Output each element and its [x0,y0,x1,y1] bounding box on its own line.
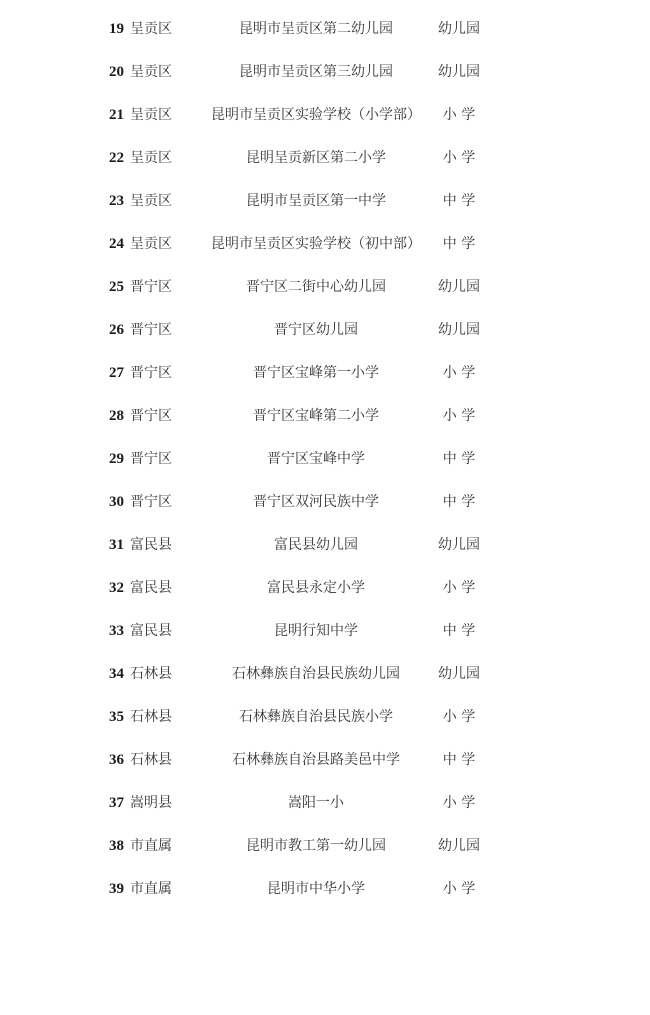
district-cell: 晋宁区 [130,321,172,339]
row-number: 22 [98,149,124,167]
school-name-cell: 昆明市教工第一幼儿园 [186,837,446,855]
school-type-cell: 幼儿园 [420,321,498,339]
table-row: 39 市直属 昆明市中华小学 小 学 [0,867,650,910]
table-row: 26 晋宁区 晋宁区幼儿园 幼儿园 [0,308,650,351]
school-type-cell: 中 学 [420,192,498,210]
district-cell: 呈贡区 [130,106,172,124]
district-cell: 石林县 [130,751,172,769]
district-cell: 晋宁区 [130,278,172,296]
school-name-cell: 昆明呈贡新区第二小学 [186,149,446,167]
school-name-cell: 昆明市呈贡区实验学校（初中部） [186,235,446,253]
school-name-cell: 晋宁区宝峰第一小学 [186,364,446,382]
school-name-cell: 昆明市呈贡区第二幼儿园 [186,20,446,38]
table-row: 24 呈贡区 昆明市呈贡区实验学校（初中部） 中 学 [0,222,650,265]
school-type-cell: 中 学 [420,493,498,511]
school-type-cell: 小 学 [420,708,498,726]
table-row: 32 富民县 富民县永定小学 小 学 [0,566,650,609]
school-type-cell: 中 学 [420,235,498,253]
table-row: 22 呈贡区 昆明呈贡新区第二小学 小 学 [0,136,650,179]
school-name-cell: 晋宁区双河民族中学 [186,493,446,511]
school-type-cell: 幼儿园 [420,837,498,855]
row-number: 28 [98,407,124,425]
district-cell: 市直属 [130,880,172,898]
district-cell: 呈贡区 [130,192,172,210]
table-row: 25 晋宁区 晋宁区二街中心幼儿园 幼儿园 [0,265,650,308]
row-number: 38 [98,837,124,855]
district-cell: 呈贡区 [130,63,172,81]
school-type-cell: 小 学 [420,407,498,425]
district-cell: 富民县 [130,579,172,597]
school-name-cell: 昆明市呈贡区第三幼儿园 [186,63,446,81]
school-type-cell: 中 学 [420,751,498,769]
school-name-cell: 富民县幼儿园 [186,536,446,554]
table-row: 38 市直属 昆明市教工第一幼儿园 幼儿园 [0,824,650,867]
table-row: 20 呈贡区 昆明市呈贡区第三幼儿园 幼儿园 [0,50,650,93]
row-number: 19 [98,20,124,38]
table-row: 34 石林县 石林彝族自治县民族幼儿园 幼儿园 [0,652,650,695]
table-row: 37 嵩明县 嵩阳一小 小 学 [0,781,650,824]
school-name-cell: 昆明市呈贡区实验学校（小学部） [186,106,446,124]
row-number: 21 [98,106,124,124]
row-number: 39 [98,880,124,898]
table-row: 33 富民县 昆明行知中学 中 学 [0,609,650,652]
school-name-cell: 昆明市呈贡区第一中学 [186,192,446,210]
district-cell: 晋宁区 [130,450,172,468]
school-name-cell: 昆明行知中学 [186,622,446,640]
row-number: 34 [98,665,124,683]
school-type-cell: 小 学 [420,794,498,812]
table-row: 29 晋宁区 晋宁区宝峰中学 中 学 [0,437,650,480]
school-type-cell: 小 学 [420,364,498,382]
school-type-cell: 幼儿园 [420,278,498,296]
district-cell: 富民县 [130,622,172,640]
school-name-cell: 石林彝族自治县民族小学 [186,708,446,726]
row-number: 35 [98,708,124,726]
school-type-cell: 小 学 [420,579,498,597]
table-row: 27 晋宁区 晋宁区宝峰第一小学 小 学 [0,351,650,394]
school-type-cell: 幼儿园 [420,20,498,38]
school-name-cell: 富民县永定小学 [186,579,446,597]
row-number: 25 [98,278,124,296]
row-number: 27 [98,364,124,382]
school-name-cell: 昆明市中华小学 [186,880,446,898]
row-number: 24 [98,235,124,253]
district-cell: 石林县 [130,708,172,726]
district-cell: 市直属 [130,837,172,855]
district-cell: 晋宁区 [130,493,172,511]
row-number: 26 [98,321,124,339]
school-type-cell: 中 学 [420,450,498,468]
school-type-cell: 小 学 [420,106,498,124]
school-name-cell: 晋宁区宝峰第二小学 [186,407,446,425]
district-cell: 石林县 [130,665,172,683]
row-number: 20 [98,63,124,81]
row-number: 23 [98,192,124,210]
table-row: 23 呈贡区 昆明市呈贡区第一中学 中 学 [0,179,650,222]
row-number: 31 [98,536,124,554]
row-number: 36 [98,751,124,769]
district-cell: 晋宁区 [130,364,172,382]
district-cell: 富民县 [130,536,172,554]
school-type-cell: 幼儿园 [420,665,498,683]
school-name-cell: 晋宁区二街中心幼儿园 [186,278,446,296]
school-name-cell: 嵩阳一小 [186,794,446,812]
row-number: 29 [98,450,124,468]
school-type-cell: 小 学 [420,149,498,167]
school-name-cell: 石林彝族自治县民族幼儿园 [186,665,446,683]
table-row: 21 呈贡区 昆明市呈贡区实验学校（小学部） 小 学 [0,93,650,136]
table-row: 30 晋宁区 晋宁区双河民族中学 中 学 [0,480,650,523]
table-row: 28 晋宁区 晋宁区宝峰第二小学 小 学 [0,394,650,437]
district-cell: 晋宁区 [130,407,172,425]
row-number: 37 [98,794,124,812]
school-type-cell: 幼儿园 [420,63,498,81]
district-cell: 呈贡区 [130,149,172,167]
row-number: 30 [98,493,124,511]
table-row: 36 石林县 石林彝族自治县路美邑中学 中 学 [0,738,650,781]
district-cell: 呈贡区 [130,20,172,38]
table-row: 31 富民县 富民县幼儿园 幼儿园 [0,523,650,566]
table-row: 19 呈贡区 昆明市呈贡区第二幼儿园 幼儿园 [0,7,650,50]
school-name-cell: 石林彝族自治县路美邑中学 [186,751,446,769]
district-cell: 嵩明县 [130,794,172,812]
school-list-table: 19 呈贡区 昆明市呈贡区第二幼儿园 幼儿园 20 呈贡区 昆明市呈贡区第三幼儿… [0,7,650,910]
row-number: 32 [98,579,124,597]
school-type-cell: 中 学 [420,622,498,640]
school-name-cell: 晋宁区幼儿园 [186,321,446,339]
school-type-cell: 幼儿园 [420,536,498,554]
district-cell: 呈贡区 [130,235,172,253]
table-row: 35 石林县 石林彝族自治县民族小学 小 学 [0,695,650,738]
school-name-cell: 晋宁区宝峰中学 [186,450,446,468]
row-number: 33 [98,622,124,640]
school-type-cell: 小 学 [420,880,498,898]
